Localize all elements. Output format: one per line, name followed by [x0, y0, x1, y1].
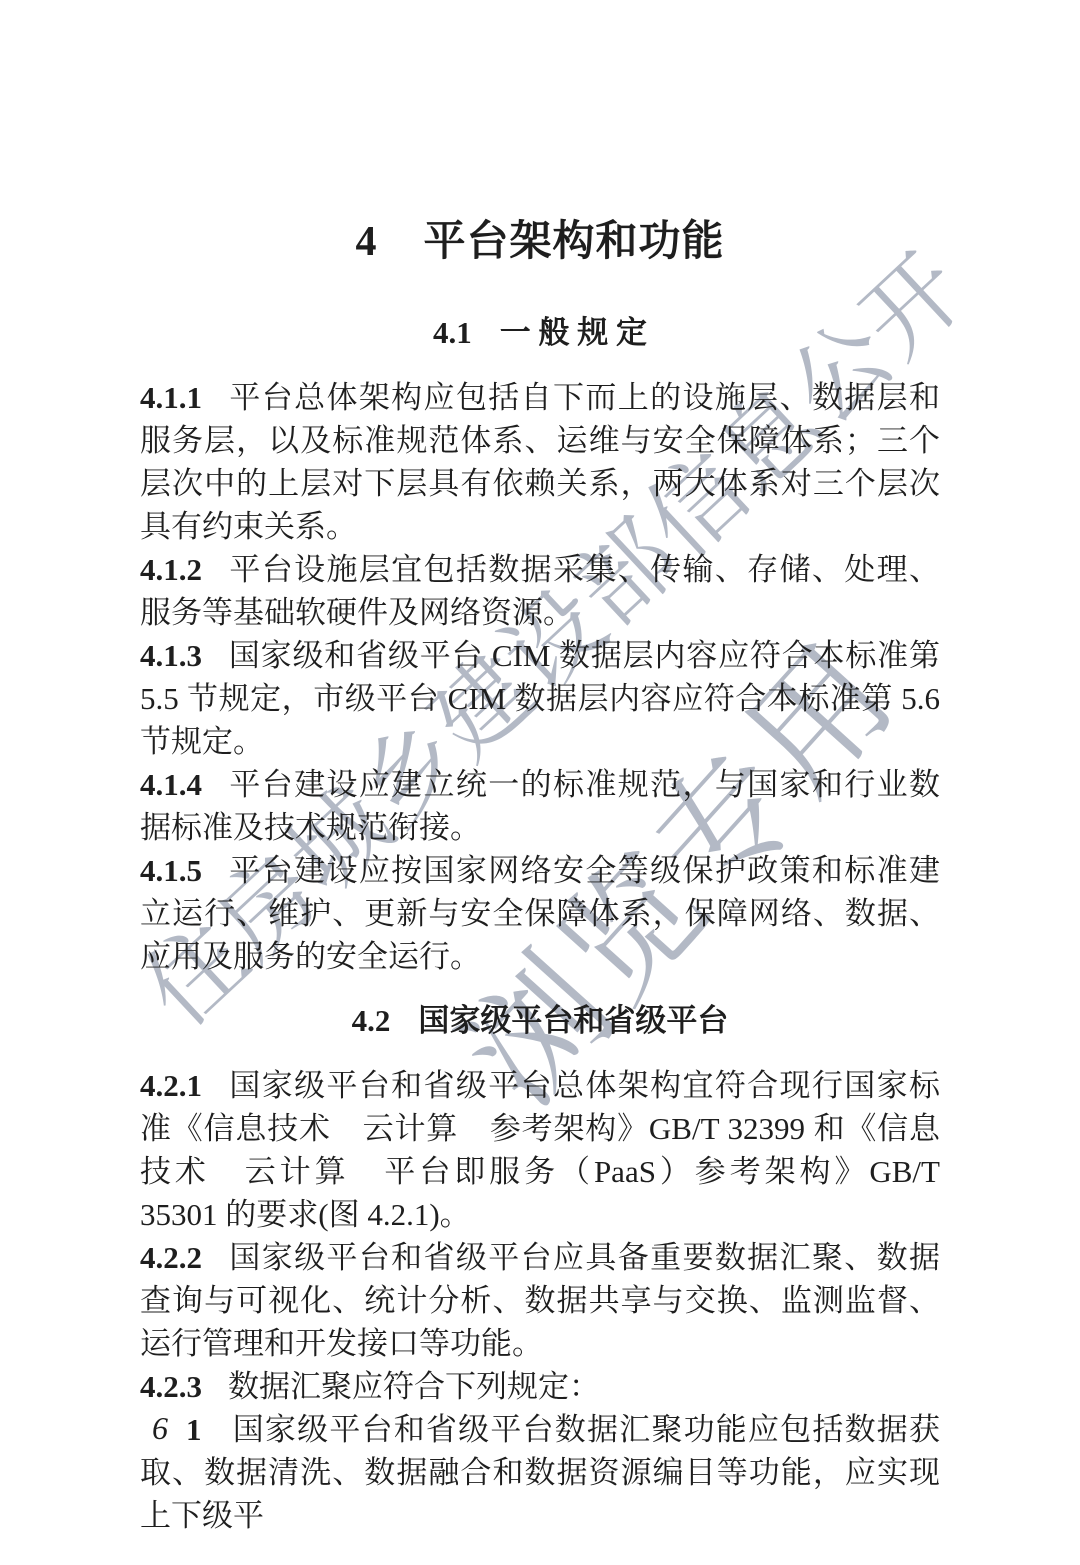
chapter-title: 4平台架构和功能 — [140, 218, 940, 266]
paragraph-4-1-5-number: 4.1.5 — [140, 853, 202, 888]
section-4-2-title-text: 国家级平台和省级平台 — [418, 1003, 728, 1038]
section-4-1-title-text: 一 般 规 定 — [500, 315, 647, 350]
paragraph-4-2-1-text: 国家级平台和省级平台总体架构宜符合现行国家标准《信息技术 云计算 参考架构》GB… — [140, 1068, 940, 1232]
paragraph-4-1-2-text: 平台设施层宜包括数据采集、传输、存储、处理、服务等基础软硬件及网络资源。 — [140, 552, 940, 630]
paragraph-4-1-4-number: 4.1.4 — [140, 767, 202, 802]
paragraph-4-2-3-text: 数据汇聚应符合下列规定： — [228, 1369, 600, 1404]
paragraph-4-2-2: 4.2.2国家级平台和省级平台应具备重要数据汇聚、数据查询与可视化、统计分析、数… — [140, 1236, 940, 1365]
chapter-number: 4 — [355, 219, 377, 265]
page-content: 4平台架构和功能 4.1一 般 规 定 4.1.1平台总体架构应包括自下而上的设… — [140, 0, 940, 1537]
paragraph-4-1-3-number: 4.1.3 — [140, 638, 202, 673]
paragraph-4-2-1: 4.2.1国家级平台和省级平台总体架构宜符合现行国家标准《信息技术 云计算 参考… — [140, 1064, 940, 1236]
paragraph-4-1-4: 4.1.4平台建设应建立统一的标准规范，与国家和行业数据标准及技术规范衔接。 — [140, 763, 940, 849]
paragraph-4-2-2-text: 国家级平台和省级平台应具备重要数据汇聚、数据查询与可视化、统计分析、数据共享与交… — [140, 1240, 940, 1361]
paragraph-4-1-3-text: 国家级和省级平台 CIM 数据层内容应符合本标准第 5.5 节规定，市级平台 C… — [140, 638, 940, 759]
paragraph-4-1-1: 4.1.1平台总体架构应包括自下而上的设施层、数据层和服务层，以及标准规范体系、… — [140, 376, 940, 548]
paragraph-4-1-1-text: 平台总体架构应包括自下而上的设施层、数据层和服务层，以及标准规范体系、运维与安全… — [140, 380, 940, 544]
paragraph-4-2-2-number: 4.2.2 — [140, 1240, 202, 1275]
list-item-1-number: 1 — [186, 1412, 202, 1447]
paragraph-4-2-1-number: 4.2.1 — [140, 1068, 202, 1103]
list-item-1: 1国家级平台和省级平台数据汇聚功能应包括数据获取、数据清洗、数据融合和数据资源编… — [140, 1408, 940, 1537]
chapter-title-text: 平台架构和功能 — [423, 219, 724, 265]
paragraph-4-1-5: 4.1.5平台建设应按国家网络安全等级保护政策和标准建立运行、维护、更新与安全保… — [140, 849, 940, 978]
paragraph-4-1-1-number: 4.1.1 — [140, 380, 202, 415]
paragraph-4-1-2-number: 4.1.2 — [140, 552, 202, 587]
paragraph-4-2-3: 4.2.3数据汇聚应符合下列规定： — [140, 1365, 940, 1408]
section-4-2-number: 4.2 — [352, 1003, 391, 1038]
paragraph-4-2-3-number: 4.2.3 — [140, 1369, 202, 1404]
paragraph-4-1-3: 4.1.3国家级和省级平台 CIM 数据层内容应符合本标准第 5.5 节规定，市… — [140, 634, 940, 763]
paragraph-4-1-4-text: 平台建设应建立统一的标准规范，与国家和行业数据标准及技术规范衔接。 — [140, 767, 940, 845]
list-item-1-text: 国家级平台和省级平台数据汇聚功能应包括数据获取、数据清洗、数据融合和数据资源编目… — [140, 1412, 940, 1533]
paragraph-4-1-5-text: 平台建设应按国家网络安全等级保护政策和标准建立运行、维护、更新与安全保障体系，保… — [140, 853, 940, 974]
page-number: 6 — [152, 1410, 168, 1446]
section-heading-4-1: 4.1一 般 规 定 — [140, 316, 940, 350]
section-heading-4-2: 4.2国家级平台和省级平台 — [140, 1004, 940, 1038]
paragraph-4-1-2: 4.1.2平台设施层宜包括数据采集、传输、存储、处理、服务等基础软硬件及网络资源… — [140, 548, 940, 634]
section-4-1-number: 4.1 — [433, 315, 472, 350]
